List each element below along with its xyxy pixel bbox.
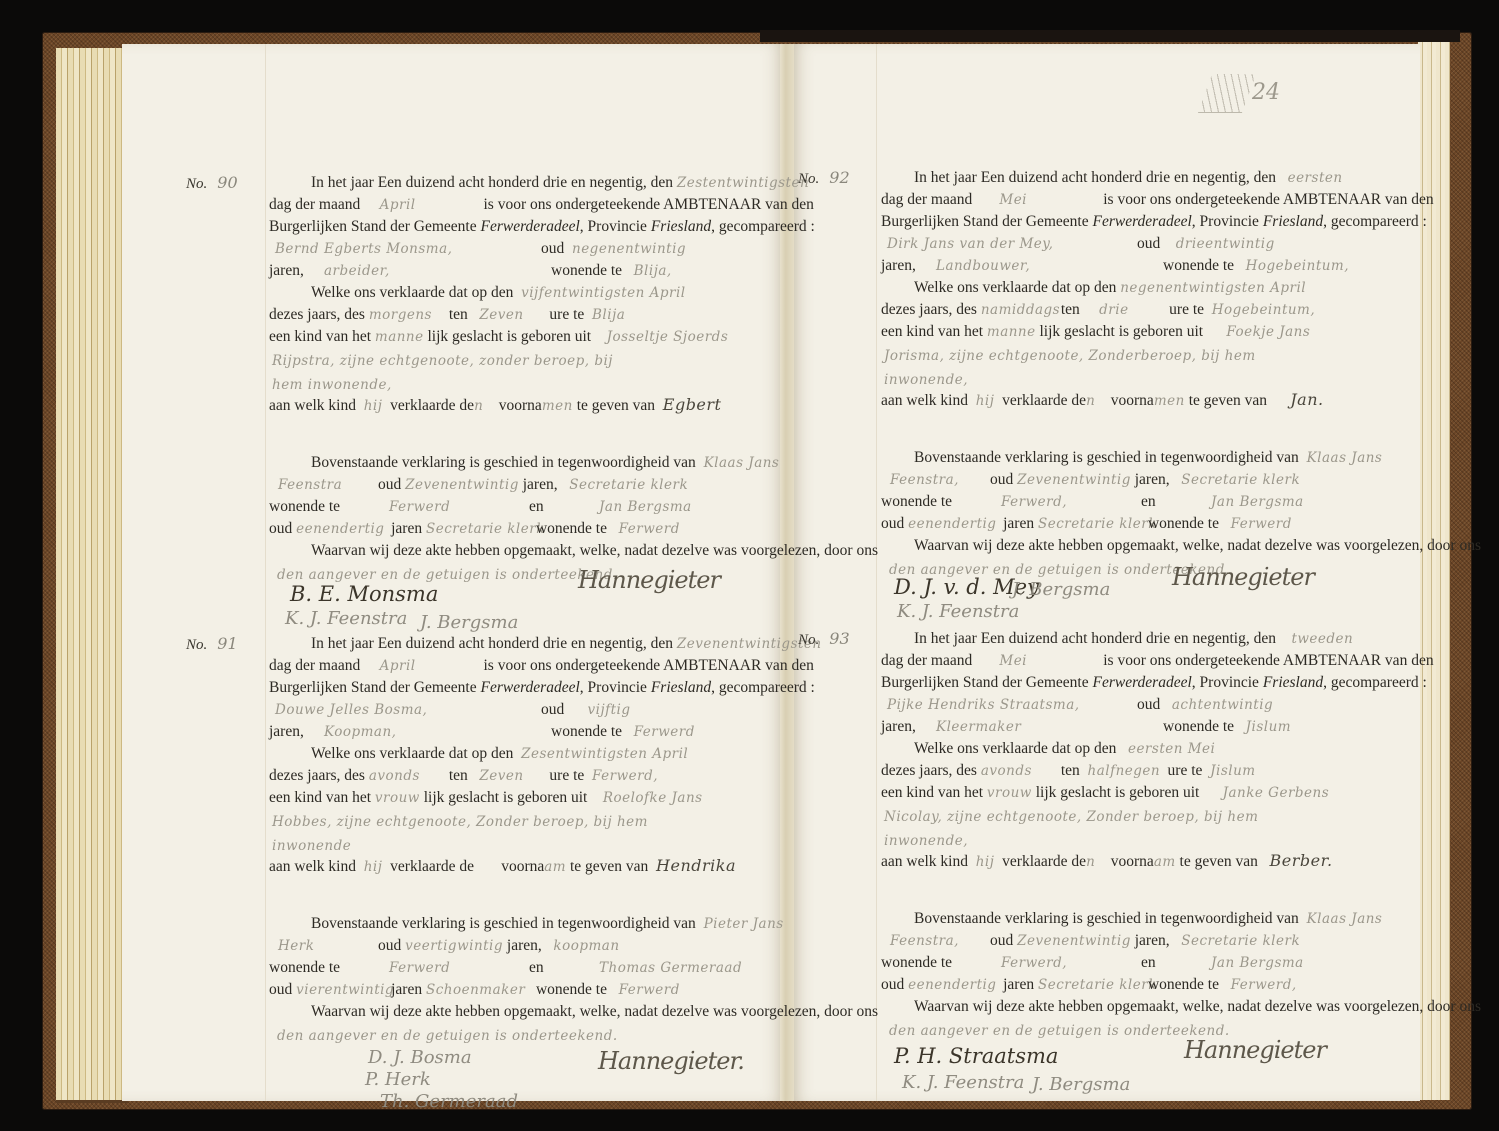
municipality-line: Burgerlijken Stand der Gemeente Ferwerde… xyxy=(269,216,815,238)
time-line: dezes jaars, des namiddagsten drieure te… xyxy=(881,299,1315,322)
open-register-book: 24 No.90 In het jaar Een duizend acht ho… xyxy=(0,0,1499,1131)
child-name-line: aan welk kind hij verklaarde den voornam… xyxy=(881,389,1324,413)
witness-intro-line: Bovenstaande verklaring is geschied in t… xyxy=(914,908,1382,931)
municipality-line: Burgerlijken Stand der Gemeente Ferwerde… xyxy=(881,672,1427,694)
official-signature: Hannegieter xyxy=(578,570,720,592)
witness1-signature: K. J. Feenstra xyxy=(902,1072,1024,1094)
sex-line: een kind van het vrouw lijk geslacht is … xyxy=(881,782,1329,805)
sex-line: een kind van het vrouw lijk geslacht is … xyxy=(269,787,703,810)
occupation-line: jaren,Koopman,wonende te Ferwerd xyxy=(269,721,695,744)
page-number: 24 xyxy=(1252,80,1280,105)
witness-intro-line: Bovenstaande verklaring is geschied in t… xyxy=(311,913,784,936)
declarant-signature: P. H. Straatsma xyxy=(894,1046,1058,1068)
sex-line: een kind van het manne lijk geslacht is … xyxy=(269,326,728,349)
right-margin-rule xyxy=(876,44,877,1101)
birthdate-line: Welke ons verklaarde dat op den negenent… xyxy=(914,277,1306,300)
witness2-line: oud eenendertigjaren Secretarie klerkwon… xyxy=(269,518,680,541)
sex-line: een kind van het manne lijk geslacht is … xyxy=(881,321,1310,344)
witness1-signature: P. Herk xyxy=(365,1069,431,1091)
entry-number: No.90 xyxy=(186,172,238,196)
closing-line: Waarvan wij deze akte hebben opgemaakt, … xyxy=(914,996,1481,1018)
mother-line: Jorisma, zijne echtgenoote, Zonderberoep… xyxy=(884,345,1256,368)
declarant-line: Bernd Egberts Monsma,oud negenentwintig xyxy=(275,238,686,261)
closing-line: Waarvan wij deze akte hebben opgemaakt, … xyxy=(914,535,1481,557)
declarant-line: Pijke Hendriks Straatsma,oud achtentwint… xyxy=(887,694,1273,717)
left-page-stack xyxy=(56,48,128,1103)
witness2-line: oud eenendertigjaren Secretarie klerkwon… xyxy=(881,974,1297,997)
intro-line: In het jaar Een duizend acht honderd dri… xyxy=(914,628,1353,651)
closing-line: Waarvan wij deze akte hebben opgemaakt, … xyxy=(311,1001,878,1023)
witness1-residence-line: wonende teFerwerdenThomas Germeraad xyxy=(269,957,742,980)
time-line: dezes jaars, des avondsten Zevenure te F… xyxy=(269,765,658,788)
closing-handwritten: den aangever en de getuigen is onderteek… xyxy=(277,1025,618,1048)
intro-line: In het jaar Een duizend acht honderd dri… xyxy=(914,167,1343,190)
mother-line: Nicolay, zijne echtgenoote, Zonder beroe… xyxy=(884,806,1258,829)
witness2-signature: Th. Germeraad xyxy=(380,1091,518,1113)
occupation-line: jaren,arbeider,wonende te Blija, xyxy=(269,260,672,283)
closing-handwritten: den aangever en de getuigen is onderteek… xyxy=(889,1020,1230,1043)
declarant-line: Douwe Jelles Bosma,oud vijftig xyxy=(275,699,631,722)
witness1-line: Feenstra,oud Zevenentwintig jaren, Secre… xyxy=(890,469,1300,492)
witness2-line: oud vierentwintigjaren Schoenmakerwonend… xyxy=(269,979,680,1002)
official-signature: Hannegieter xyxy=(1172,567,1314,589)
month-line: dag der maand April is voor ons onderget… xyxy=(269,194,814,217)
birthdate-line: Welke ons verklaarde dat op den eersten … xyxy=(914,738,1215,761)
witness1-signature: K. J. Feenstra xyxy=(285,608,407,630)
witness2-signature: J. Bergsma xyxy=(420,612,518,634)
mother-line: Rijpstra, zijne echtgenoote, zonder bero… xyxy=(272,350,613,373)
declarant-signature: B. E. Monsma xyxy=(290,584,438,606)
witness2-signature: J. Bergsma xyxy=(1012,579,1110,601)
witness1-signature: K. J. Feenstra xyxy=(897,601,1019,623)
entry-number: No.92 xyxy=(798,167,850,191)
birthdate-line: Welke ons verklaarde dat op den Zesentwi… xyxy=(311,743,688,766)
intro-line: In het jaar Een duizend acht honderd dri… xyxy=(311,172,809,195)
municipality-line: Burgerlijken Stand der Gemeente Ferwerde… xyxy=(269,677,815,699)
witness1-residence-line: wonende teFerwerdenJan Bergsma xyxy=(269,496,692,519)
child-name-line: aan welk kind hij verklaarde de voornaam… xyxy=(269,855,736,879)
left-margin-rule xyxy=(265,44,266,1101)
child-name-line: aan welk kind hij verklaarde den voornam… xyxy=(269,394,721,418)
official-signature: Hannegieter. xyxy=(598,1051,744,1073)
witness2-line: oud eenendertigjaren Secretarie klerkwon… xyxy=(881,513,1292,536)
child-name-line: aan welk kind hij verklaarde den voornaa… xyxy=(881,850,1333,874)
witness2-signature: J. Bergsma xyxy=(1032,1074,1130,1096)
municipality-line: Burgerlijken Stand der Gemeente Ferwerde… xyxy=(881,211,1427,233)
intro-line: In het jaar Een duizend acht honderd dri… xyxy=(311,633,822,656)
occupation-line: jaren,Landbouwer,wonende te Hogebeintum, xyxy=(881,255,1349,278)
month-line: dag der maand Mei is voor ons ondergetee… xyxy=(881,189,1434,212)
official-signature: Hannegieter xyxy=(1184,1040,1326,1062)
witness1-line: Feenstra,oud Zevenentwintig jaren, Secre… xyxy=(890,930,1300,953)
birthdate-line: Welke ons verklaarde dat op den vijfentw… xyxy=(311,282,686,305)
declarant-signature: D. J. Bosma xyxy=(368,1047,472,1069)
witness1-line: Feenstraoud Zevenentwintig jaren, Secret… xyxy=(278,474,688,497)
closing-line: Waarvan wij deze akte hebben opgemaakt, … xyxy=(311,540,878,562)
month-line: dag der maand Mei is voor ons ondergetee… xyxy=(881,650,1434,673)
witness-intro-line: Bovenstaande verklaring is geschied in t… xyxy=(311,452,779,475)
time-line: dezes jaars, des avondsten halfnegenure … xyxy=(881,760,1256,783)
entry-number: No.91 xyxy=(186,633,238,657)
witness1-line: Herkoud veertigwintig jaren, koopman xyxy=(278,935,620,958)
mother-line: Hobbes, zijne echtgenoote, Zonder beroep… xyxy=(272,811,648,834)
cover-shadow xyxy=(760,30,1460,42)
witness1-residence-line: wonende teFerwerd,enJan Bergsma xyxy=(881,491,1304,514)
occupation-line: jaren,Kleermakerwonende te Jislum xyxy=(881,716,1291,739)
time-line: dezes jaars, des morgensten Zevenure te … xyxy=(269,304,625,327)
witness1-residence-line: wonende teFerwerd,enJan Bergsma xyxy=(881,952,1304,975)
declarant-line: Dirk Jans van der Mey,oud drieentwintig xyxy=(887,233,1275,256)
entry-number: No.93 xyxy=(798,628,850,652)
witness-intro-line: Bovenstaande verklaring is geschied in t… xyxy=(914,447,1382,470)
month-line: dag der maand April is voor ons onderget… xyxy=(269,655,814,678)
